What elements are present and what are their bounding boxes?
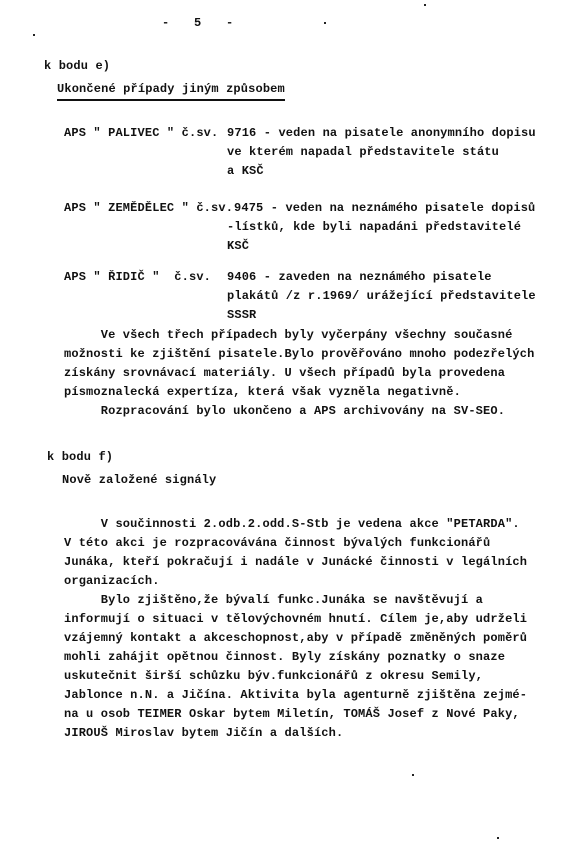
case-text-palivec-line-3: a KSČ bbox=[227, 162, 264, 181]
paragraph2-line-1: Bylo zjištěno,že bývalí funkc.Junáka se … bbox=[64, 591, 483, 610]
case-text-zemedelec-line-2: -lístků, kde byli napadáni představitelé bbox=[227, 218, 521, 237]
page-number-dash-left: - bbox=[162, 14, 169, 33]
paragraph2-line-6: Jablonce n.N. a Jičína. Aktivita byla ag… bbox=[64, 686, 527, 705]
summary-line-4: písmoznalecká expertíza, která však vyzn… bbox=[64, 383, 461, 402]
paragraph2-line-3: vzájemný kontakt a akceschopnost,aby v p… bbox=[64, 629, 527, 648]
page-number-dash-right: - bbox=[226, 14, 233, 33]
case-text-ridic-line-3: SSSR bbox=[227, 306, 256, 325]
case-label-ridic: APS " ŘIDIČ " č.sv. bbox=[64, 268, 211, 287]
page-number: 5 bbox=[194, 14, 201, 33]
paragraph2-line-8: JIROUŠ Miroslav bytem Jičín a dalších. bbox=[64, 724, 343, 743]
scan-speck bbox=[33, 34, 35, 36]
case-text-ridic-line-2: plakátů /z r.1969/ urážející představite… bbox=[227, 287, 536, 306]
case-text-zemedelec-line-1: 9475 - veden na neznámého pisatele dopis… bbox=[234, 199, 535, 218]
scan-speck bbox=[324, 22, 326, 24]
paragraph2-line-5: uskutečnit širší schůzku býv.funkcionářů… bbox=[64, 667, 483, 686]
case-text-palivec-line-2: ve kterém napadal představitele státu bbox=[227, 143, 499, 162]
scan-speck bbox=[424, 4, 426, 6]
section-e-heading: k bodu e) bbox=[44, 57, 110, 76]
paragraph1-line-2: V této akci je rozpracovávána činnost bý… bbox=[64, 534, 490, 553]
summary-line-1: Ve všech třech případech byly vyčerpány … bbox=[64, 326, 512, 345]
summary-line-5: Rozpracování bylo ukončeno a APS archivo… bbox=[64, 402, 505, 421]
paragraph2-line-2: informují o situaci v tělovýchovném hnut… bbox=[64, 610, 527, 629]
case-label-palivec: APS " PALIVEC " č.sv. bbox=[64, 124, 218, 143]
paragraph1-line-3: Junáka, kteří pokračují i nadále v Junác… bbox=[64, 553, 527, 572]
paragraph2-line-4: mohli zahájit opětnou činnost. Byly získ… bbox=[64, 648, 505, 667]
summary-line-3: získány srovnávací materiály. U všech př… bbox=[64, 364, 505, 383]
paragraph2-line-7: na u osob TEIMER Oskar bytem Miletín, TO… bbox=[64, 705, 520, 724]
summary-line-2: možnosti ke zjištění pisatele.Bylo prově… bbox=[64, 345, 534, 364]
paragraph1-line-1: V součinnosti 2.odb.2.odd.S-Stb je veden… bbox=[64, 515, 520, 534]
section-e-subheading: Ukončené případy jiným způsobem bbox=[57, 81, 285, 101]
section-f-subheading: Nově založené signály bbox=[62, 472, 216, 490]
case-text-ridic-line-1: 9406 - zaveden na neznámého pisatele bbox=[227, 268, 492, 287]
scan-speck bbox=[497, 837, 499, 839]
case-text-palivec-line-1: 9716 - veden na pisatele anonymního dopi… bbox=[227, 124, 536, 143]
scan-speck bbox=[412, 774, 414, 776]
case-label-zemedelec: APS " ZEMĚDĚLEC " č.sv. bbox=[64, 199, 233, 218]
section-f-heading: k bodu f) bbox=[47, 448, 113, 467]
paragraph1-line-4: organizacích. bbox=[64, 572, 160, 591]
case-text-zemedelec-line-3: KSČ bbox=[227, 237, 249, 256]
